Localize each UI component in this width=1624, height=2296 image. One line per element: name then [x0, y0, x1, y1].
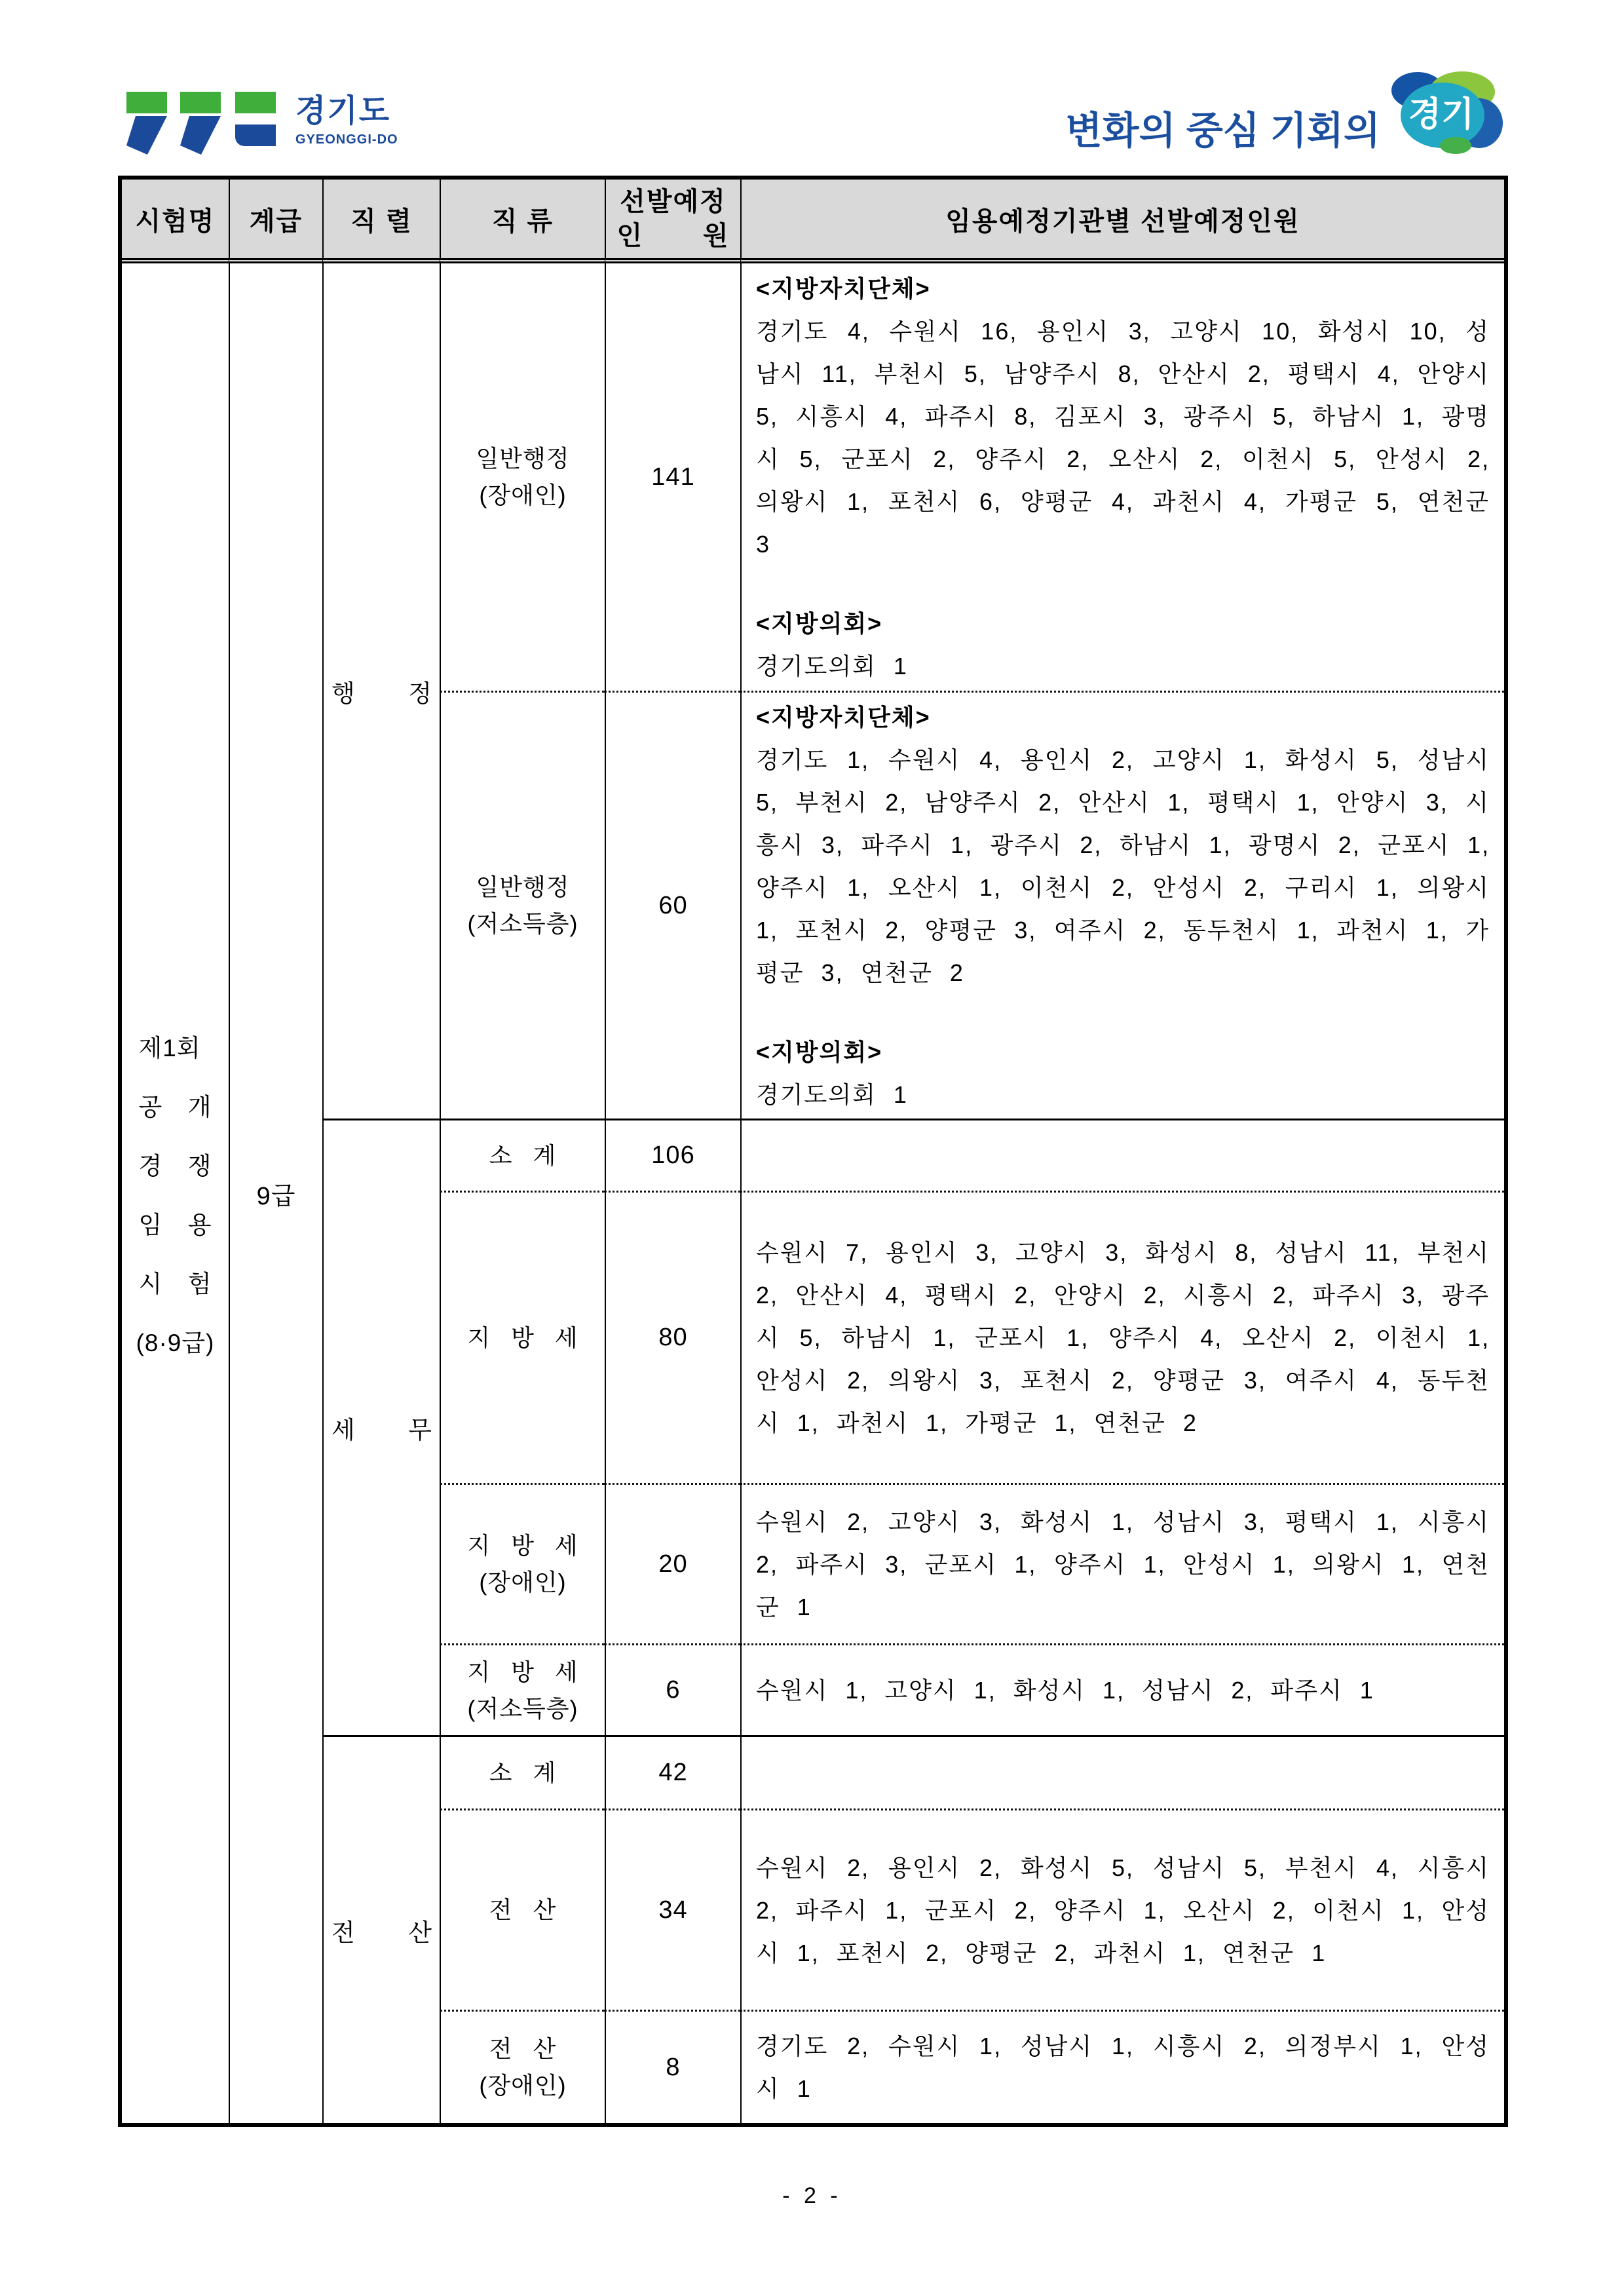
- exam-name-cell: 제1회 공 개 경 쟁 임 용 시 험 (8·9급): [122, 263, 229, 2123]
- series-label-computing: 전 산: [324, 1913, 440, 1948]
- agency-block-text: 수원시 2, 고양시 3, 화성시 1, 성남시 3, 평택시 1, 시흥시 2…: [756, 1501, 1490, 1628]
- agency-block-text: 경기도의회 1: [756, 1073, 1490, 1116]
- agency-block-heading: <지방의회>: [756, 1031, 1490, 1073]
- quota-cell: 141: [605, 263, 740, 691]
- agency-content-cell: 수원시 2, 용인시 2, 화성시 5, 성남시 5, 부천시 4, 시흥시 2…: [740, 1808, 1504, 2010]
- badge-korean-label: 경기: [1408, 96, 1474, 134]
- agency-content-cell-empty: [740, 1119, 1504, 1191]
- agency-block-text: 경기도 1, 수원시 4, 용인시 2, 고양시 1, 화성시 5, 성남시 5…: [756, 738, 1490, 994]
- agency-block: <지방자치단체> 경기도 1, 수원시 4, 용인시 2, 고양시 1, 화성시…: [756, 696, 1490, 994]
- gyeonggido-logo-icon: [126, 92, 278, 155]
- class-cell: 소 계: [440, 1119, 605, 1191]
- exam-name-line: 제1회: [139, 1028, 212, 1063]
- header-agency: 임용예정기관별 선발예정인원: [740, 180, 1504, 263]
- agency-block-text: 수원시 7, 용인시 3, 고양시 3, 화성시 8, 성남시 11, 부천시 …: [756, 1231, 1490, 1444]
- recruitment-table: 시험명 계급 직 렬 직 류 선발예정 인 원 임용예정기관별 선발예정인원 제…: [118, 176, 1508, 2127]
- series-label-admin: 행 정: [324, 674, 440, 709]
- class-sublabel: (저소득층): [467, 906, 578, 942]
- class-label: 지 방 세: [467, 1320, 578, 1356]
- agency-content-cell: 수원시 7, 용인시 3, 고양시 3, 화성시 8, 성남시 11, 부천시 …: [740, 1191, 1504, 1483]
- header-quota-line1: 선발예정: [620, 185, 727, 219]
- agency-block-text: 수원시 2, 용인시 2, 화성시 5, 성남시 5, 부천시 4, 시흥시 2…: [756, 1846, 1490, 1974]
- class-label: 소 계: [489, 1755, 557, 1791]
- quota-cell: 6: [605, 1643, 740, 1735]
- class-label: 소 계: [489, 1138, 557, 1174]
- agency-block-heading: <지방자치단체>: [756, 267, 1490, 310]
- class-sublabel: (장애인): [479, 1564, 566, 1601]
- agency-block-text: 경기도 2, 수원시 1, 성남시 1, 시흥시 2, 의정부시 1, 안성시 …: [756, 2025, 1490, 2110]
- agency-block-heading: <지방자치단체>: [756, 696, 1490, 738]
- gyeonggi-badge-icon: 경기: [1391, 71, 1504, 155]
- class-label: 전 산: [489, 2031, 557, 2067]
- class-sublabel: (장애인): [479, 2067, 566, 2104]
- agency-block: <지방의회> 경기도의회 1: [756, 602, 1490, 687]
- header-series: 직 렬: [322, 180, 440, 263]
- page-number: - 2 -: [0, 2183, 1624, 2209]
- class-cell: 일반행정 (장애인): [440, 263, 605, 691]
- quota-cell: 34: [605, 1808, 740, 2010]
- class-cell: 지 방 세 (저소득층): [440, 1643, 605, 1735]
- quota-cell: 80: [605, 1191, 740, 1483]
- class-sublabel: (장애인): [479, 477, 566, 514]
- logo-korean-label: 경기도: [295, 94, 398, 128]
- agency-content-cell: 경기도 2, 수원시 1, 성남시 1, 시흥시 2, 의정부시 1, 안성시 …: [740, 2010, 1504, 2123]
- series-label-tax: 세 무: [324, 1410, 440, 1445]
- quota-cell: 20: [605, 1483, 740, 1643]
- gyeonggido-logo: 경기도 GYEONGGI-DO: [126, 92, 398, 155]
- class-cell: 일반행정 (저소득층): [440, 691, 605, 1119]
- agency-block-text: 경기도 4, 수원시 16, 용인시 3, 고양시 10, 화성시 10, 성남…: [756, 310, 1490, 565]
- series-cell-admin: 행 정: [322, 263, 440, 1119]
- header-grade: 계급: [229, 180, 322, 263]
- header-exam-name: 시험명: [122, 180, 229, 263]
- exam-name-line: 시 험: [139, 1264, 212, 1299]
- gyeonggido-logo-text: 경기도 GYEONGGI-DO: [295, 94, 398, 147]
- exam-name-line: 경 쟁: [139, 1146, 212, 1181]
- class-label: 일반행정: [476, 869, 569, 906]
- series-cell-tax: 세 무: [322, 1119, 440, 1735]
- class-cell: 전 산: [440, 1808, 605, 2010]
- class-cell: 소 계: [440, 1735, 605, 1808]
- agency-content-cell: 수원시 2, 고양시 3, 화성시 1, 성남시 3, 평택시 1, 시흥시 2…: [740, 1483, 1504, 1643]
- class-label: 지 방 세: [467, 1654, 578, 1691]
- exam-name-line: 임 용: [139, 1205, 212, 1240]
- class-label: 전 산: [489, 1892, 557, 1928]
- quota-cell: 106: [605, 1119, 740, 1191]
- slogan-text: 변화의 중심 기회의: [1066, 100, 1380, 155]
- quota-cell: 42: [605, 1735, 740, 1808]
- class-cell: 지 방 세: [440, 1191, 605, 1483]
- quota-cell: 60: [605, 691, 740, 1119]
- document-page: 경기도 GYEONGGI-DO 변화의 중심 기회의 경기 시험명 계급 직 렬…: [0, 0, 1624, 2296]
- class-cell: 지 방 세 (장애인): [440, 1483, 605, 1643]
- agency-block: <지방의회> 경기도의회 1: [756, 1031, 1490, 1116]
- agency-content-cell: 수원시 1, 고양시 1, 화성시 1, 성남시 2, 파주시 1: [740, 1643, 1504, 1735]
- logo-english-label: GYEONGGI-DO: [295, 132, 398, 147]
- agency-block-heading: <지방의회>: [756, 602, 1490, 645]
- series-cell-computing: 전 산: [322, 1735, 440, 2123]
- agency-block-text: 경기도의회 1: [756, 645, 1490, 687]
- header-quota: 선발예정 인 원: [605, 180, 740, 263]
- exam-name-line: 공 개: [139, 1087, 212, 1122]
- class-sublabel: (저소득층): [467, 1691, 578, 1727]
- quota-cell: 8: [605, 2010, 740, 2123]
- header-quota-line2: 인 원: [617, 219, 730, 253]
- exam-name-line: (8·9급): [136, 1323, 215, 1358]
- agency-block: <지방자치단체> 경기도 4, 수원시 16, 용인시 3, 고양시 10, 화…: [756, 267, 1490, 565]
- agency-content-cell: <지방자치단체> 경기도 1, 수원시 4, 용인시 2, 고양시 1, 화성시…: [740, 691, 1504, 1119]
- grade-cell: 9급: [229, 263, 322, 2123]
- agency-content-cell: <지방자치단체> 경기도 4, 수원시 16, 용인시 3, 고양시 10, 화…: [740, 263, 1504, 691]
- agency-block-text: 수원시 1, 고양시 1, 화성시 1, 성남시 2, 파주시 1: [756, 1669, 1490, 1712]
- class-cell: 전 산 (장애인): [440, 2010, 605, 2123]
- header-class: 직 류: [440, 180, 605, 263]
- agency-content-cell-empty: [740, 1735, 1504, 1808]
- class-label: 지 방 세: [467, 1527, 578, 1564]
- class-label: 일반행정: [476, 440, 569, 477]
